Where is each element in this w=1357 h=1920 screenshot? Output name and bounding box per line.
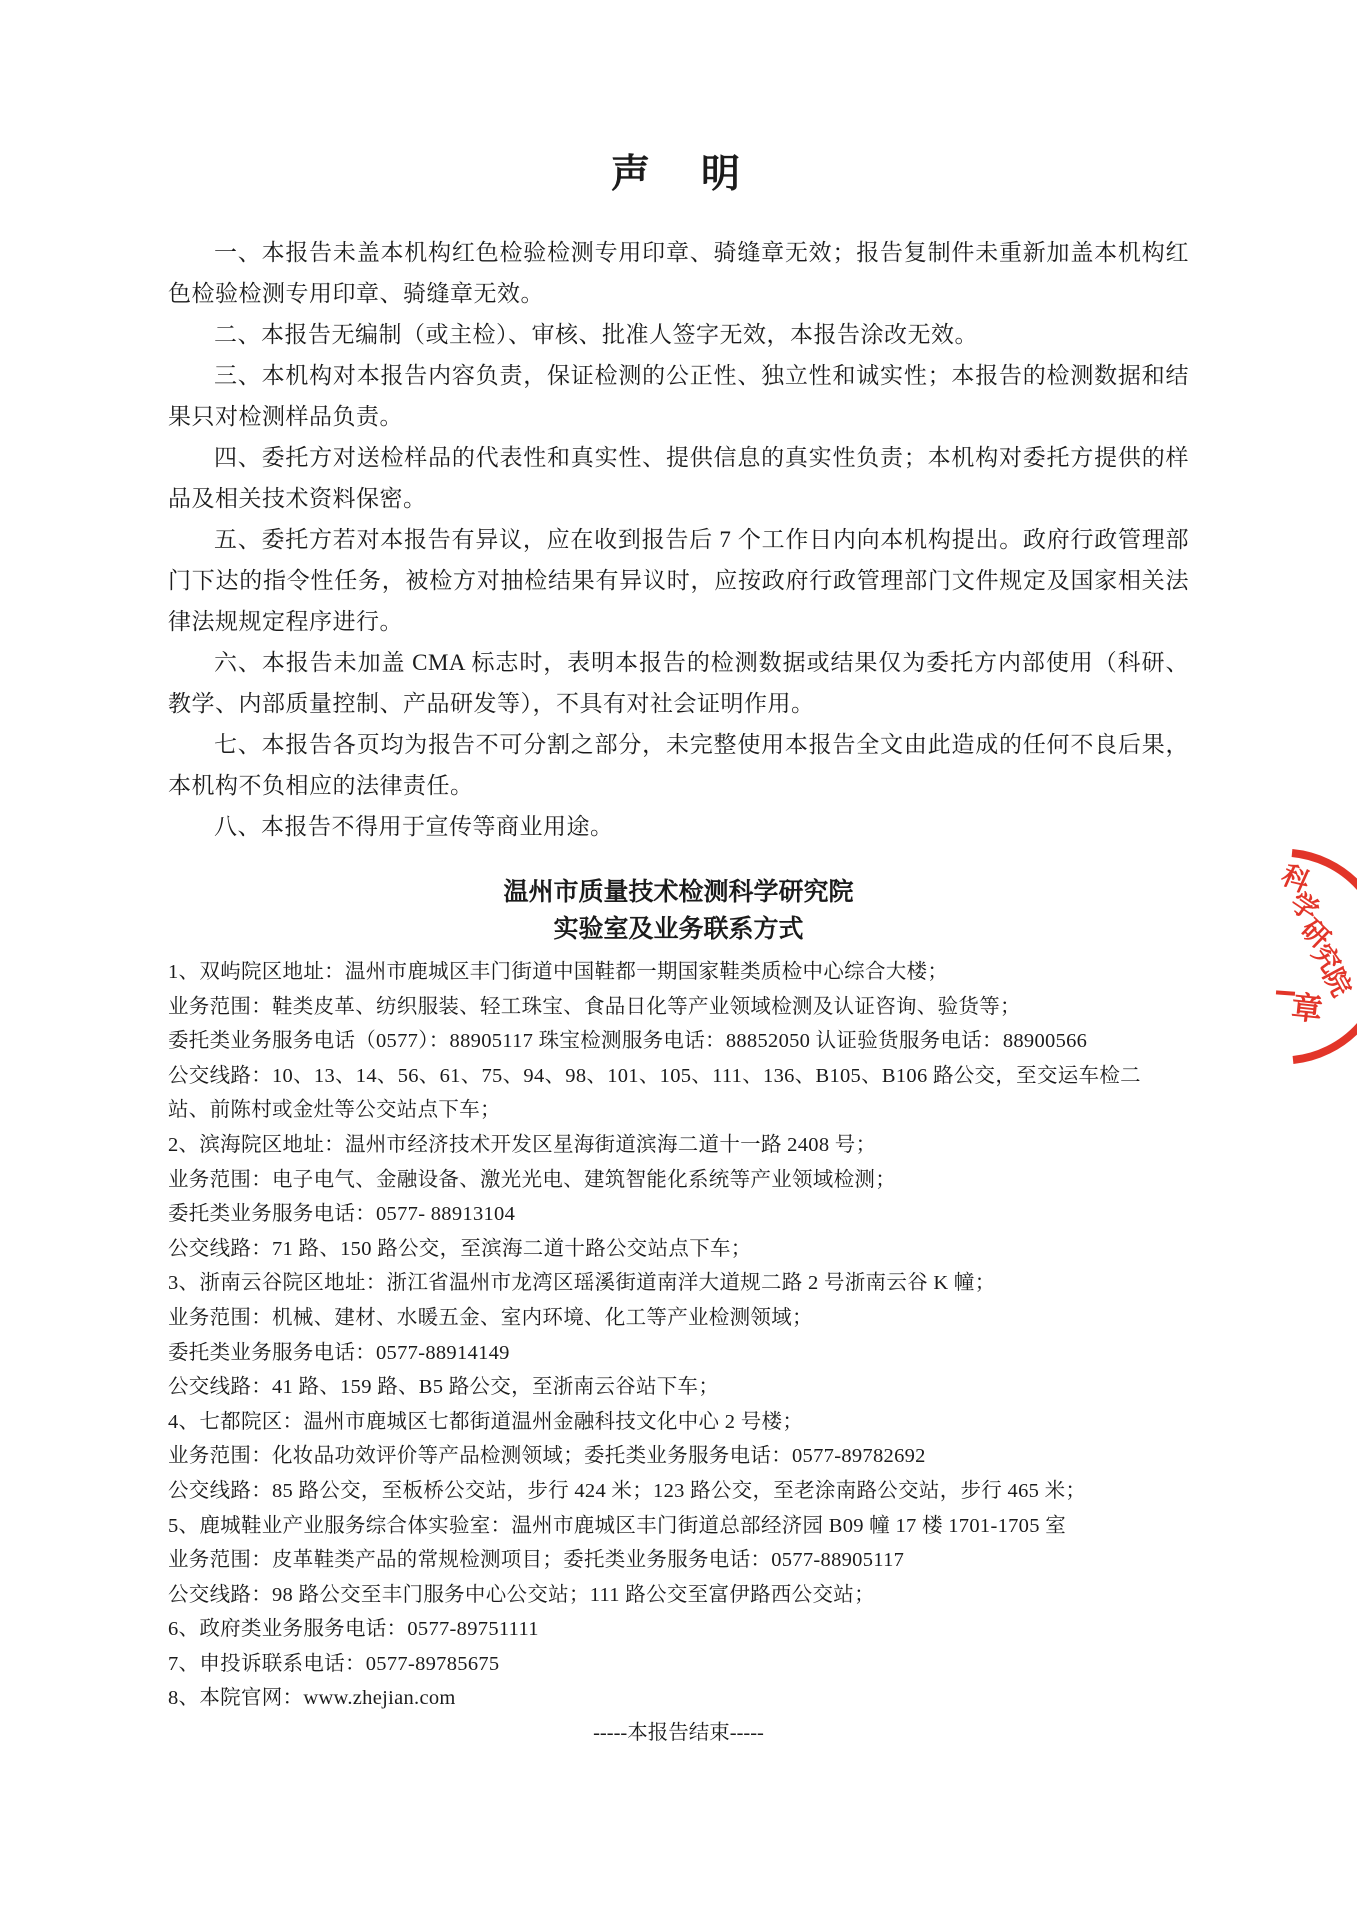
contact-heading: 温州市质量技术检测科学研究院 实验室及业务联系方式 [0, 873, 1357, 947]
report-statement-page: 声 明 一、本报告未盖本机构红色检验检测专用印章、骑缝章无效；报告复制件未重新加… [0, 0, 1357, 1920]
contact-subtitle: 实验室及业务联系方式 [0, 910, 1357, 947]
contact-line: 委托类业务服务电话：0577-88914149 [168, 1336, 1189, 1371]
declaration-clause-3: 三、本机构对本报告内容负责，保证检测的公正性、独立性和诚实性；本报告的检测数据和… [168, 355, 1189, 437]
contact-line: 2、滨海院区地址：温州市经济技术开发区星海街道滨海二道十一路 2408 号； [168, 1128, 1189, 1163]
contact-line: 1、双屿院区地址：温州市鹿城区丰门街道中国鞋都一期国家鞋类质检中心综合大楼； [168, 955, 1189, 990]
declaration-clause-8: 八、本报告不得用于宣传等商业用途。 [168, 806, 1189, 847]
contact-line: 站、前陈村或金灶等公交站点下车； [168, 1093, 1189, 1128]
contact-line: 业务范围：鞋类皮革、纺织服装、轻工珠宝、食品日化等产业领域检测及认证咨询、验货等… [168, 990, 1189, 1025]
declaration-clause-4: 四、委托方对送检样品的代表性和真实性、提供信息的真实性负责；本机构对委托方提供的… [168, 437, 1189, 519]
contact-line: 业务范围：皮革鞋类产品的常规检测项目；委托类业务服务电话：0577-889051… [168, 1543, 1189, 1578]
contact-line: 公交线路：85 路公交，至板桥公交站，步行 424 米；123 路公交，至老涂南… [168, 1474, 1189, 1509]
contact-line: 公交线路：41 路、159 路、B5 路公交，至浙南云谷站下车； [168, 1370, 1189, 1405]
contact-list: 1、双屿院区地址：温州市鹿城区丰门街道中国鞋都一期国家鞋类质检中心综合大楼； 业… [168, 955, 1189, 1716]
declaration-clause-1: 一、本报告未盖本机构红色检验检测专用印章、骑缝章无效；报告复制件未重新加盖本机构… [168, 232, 1189, 314]
contact-line: 4、七都院区：温州市鹿城区七都街道温州金融科技文化中心 2 号楼； [168, 1405, 1189, 1440]
stamp-line-fragment [1276, 990, 1295, 995]
declaration-clause-2: 二、本报告无编制（或主检）、审核、批准人签字无效，本报告涂改无效。 [168, 314, 1189, 355]
contact-line: 7、申投诉联系电话：0577-89785675 [168, 1647, 1189, 1682]
stamp-char: 院 [1317, 964, 1357, 1002]
contact-line: 业务范围：机械、建材、水暖五金、室内环境、化工等产业检测领域； [168, 1301, 1189, 1336]
contact-line: 业务范围：化妆品功效评价等产品检测领域；委托类业务服务电话：0577-89782… [168, 1439, 1189, 1474]
contact-line: 3、浙南云谷院区地址：浙江省温州市龙湾区瑶溪街道南洋大道规二路 2 号浙南云谷 … [168, 1266, 1189, 1301]
contact-line: 公交线路：10、13、14、56、61、75、94、98、101、105、111… [168, 1059, 1189, 1094]
contact-line: 6、政府类业务服务电话：0577-89751111 [168, 1612, 1189, 1647]
contact-line: 业务范围：电子电气、金融设备、激光光电、建筑智能化系统等产业领域检测； [168, 1163, 1189, 1198]
contact-line: 委托类业务服务电话：0577- 88913104 [168, 1197, 1189, 1232]
declaration-clause-7: 七、本报告各页均为报告不可分割之部分，未完整使用本报告全文由此造成的任何不良后果… [168, 724, 1189, 806]
contact-line: 委托类业务服务电话（0577）：88905117 珠宝检测服务电话：888520… [168, 1024, 1189, 1059]
contact-line: 5、鹿城鞋业产业服务综合体实验室：温州市鹿城区丰门街道总部经济园 B09 幢 1… [168, 1509, 1189, 1544]
stamp-char: 章 [1290, 989, 1325, 1028]
contact-line: 公交线路：98 路公交至丰门服务中心公交站；111 路公交至富伊路西公交站； [168, 1578, 1189, 1613]
declaration-section: 一、本报告未盖本机构红色检验检测专用印章、骑缝章无效；报告复制件未重新加盖本机构… [168, 232, 1189, 847]
institute-name: 温州市质量技术检测科学研究院 [0, 873, 1357, 910]
declaration-clause-6: 六、本报告未加盖 CMA 标志时，表明本报告的检测数据或结果仅为委托方内部使用（… [168, 642, 1189, 724]
contact-line: 8、本院官网：www.zhejian.com [168, 1681, 1189, 1716]
report-end-marker: -----本报告结束----- [0, 1716, 1357, 1750]
contact-line: 公交线路：71 路、150 路公交，至滨海二道十路公交站点下车； [168, 1232, 1189, 1267]
page-title: 声 明 [0, 0, 1357, 200]
declaration-clause-5: 五、委托方若对本报告有异议，应在收到报告后 7 个工作日内向本机构提出。政府行政… [168, 519, 1189, 642]
